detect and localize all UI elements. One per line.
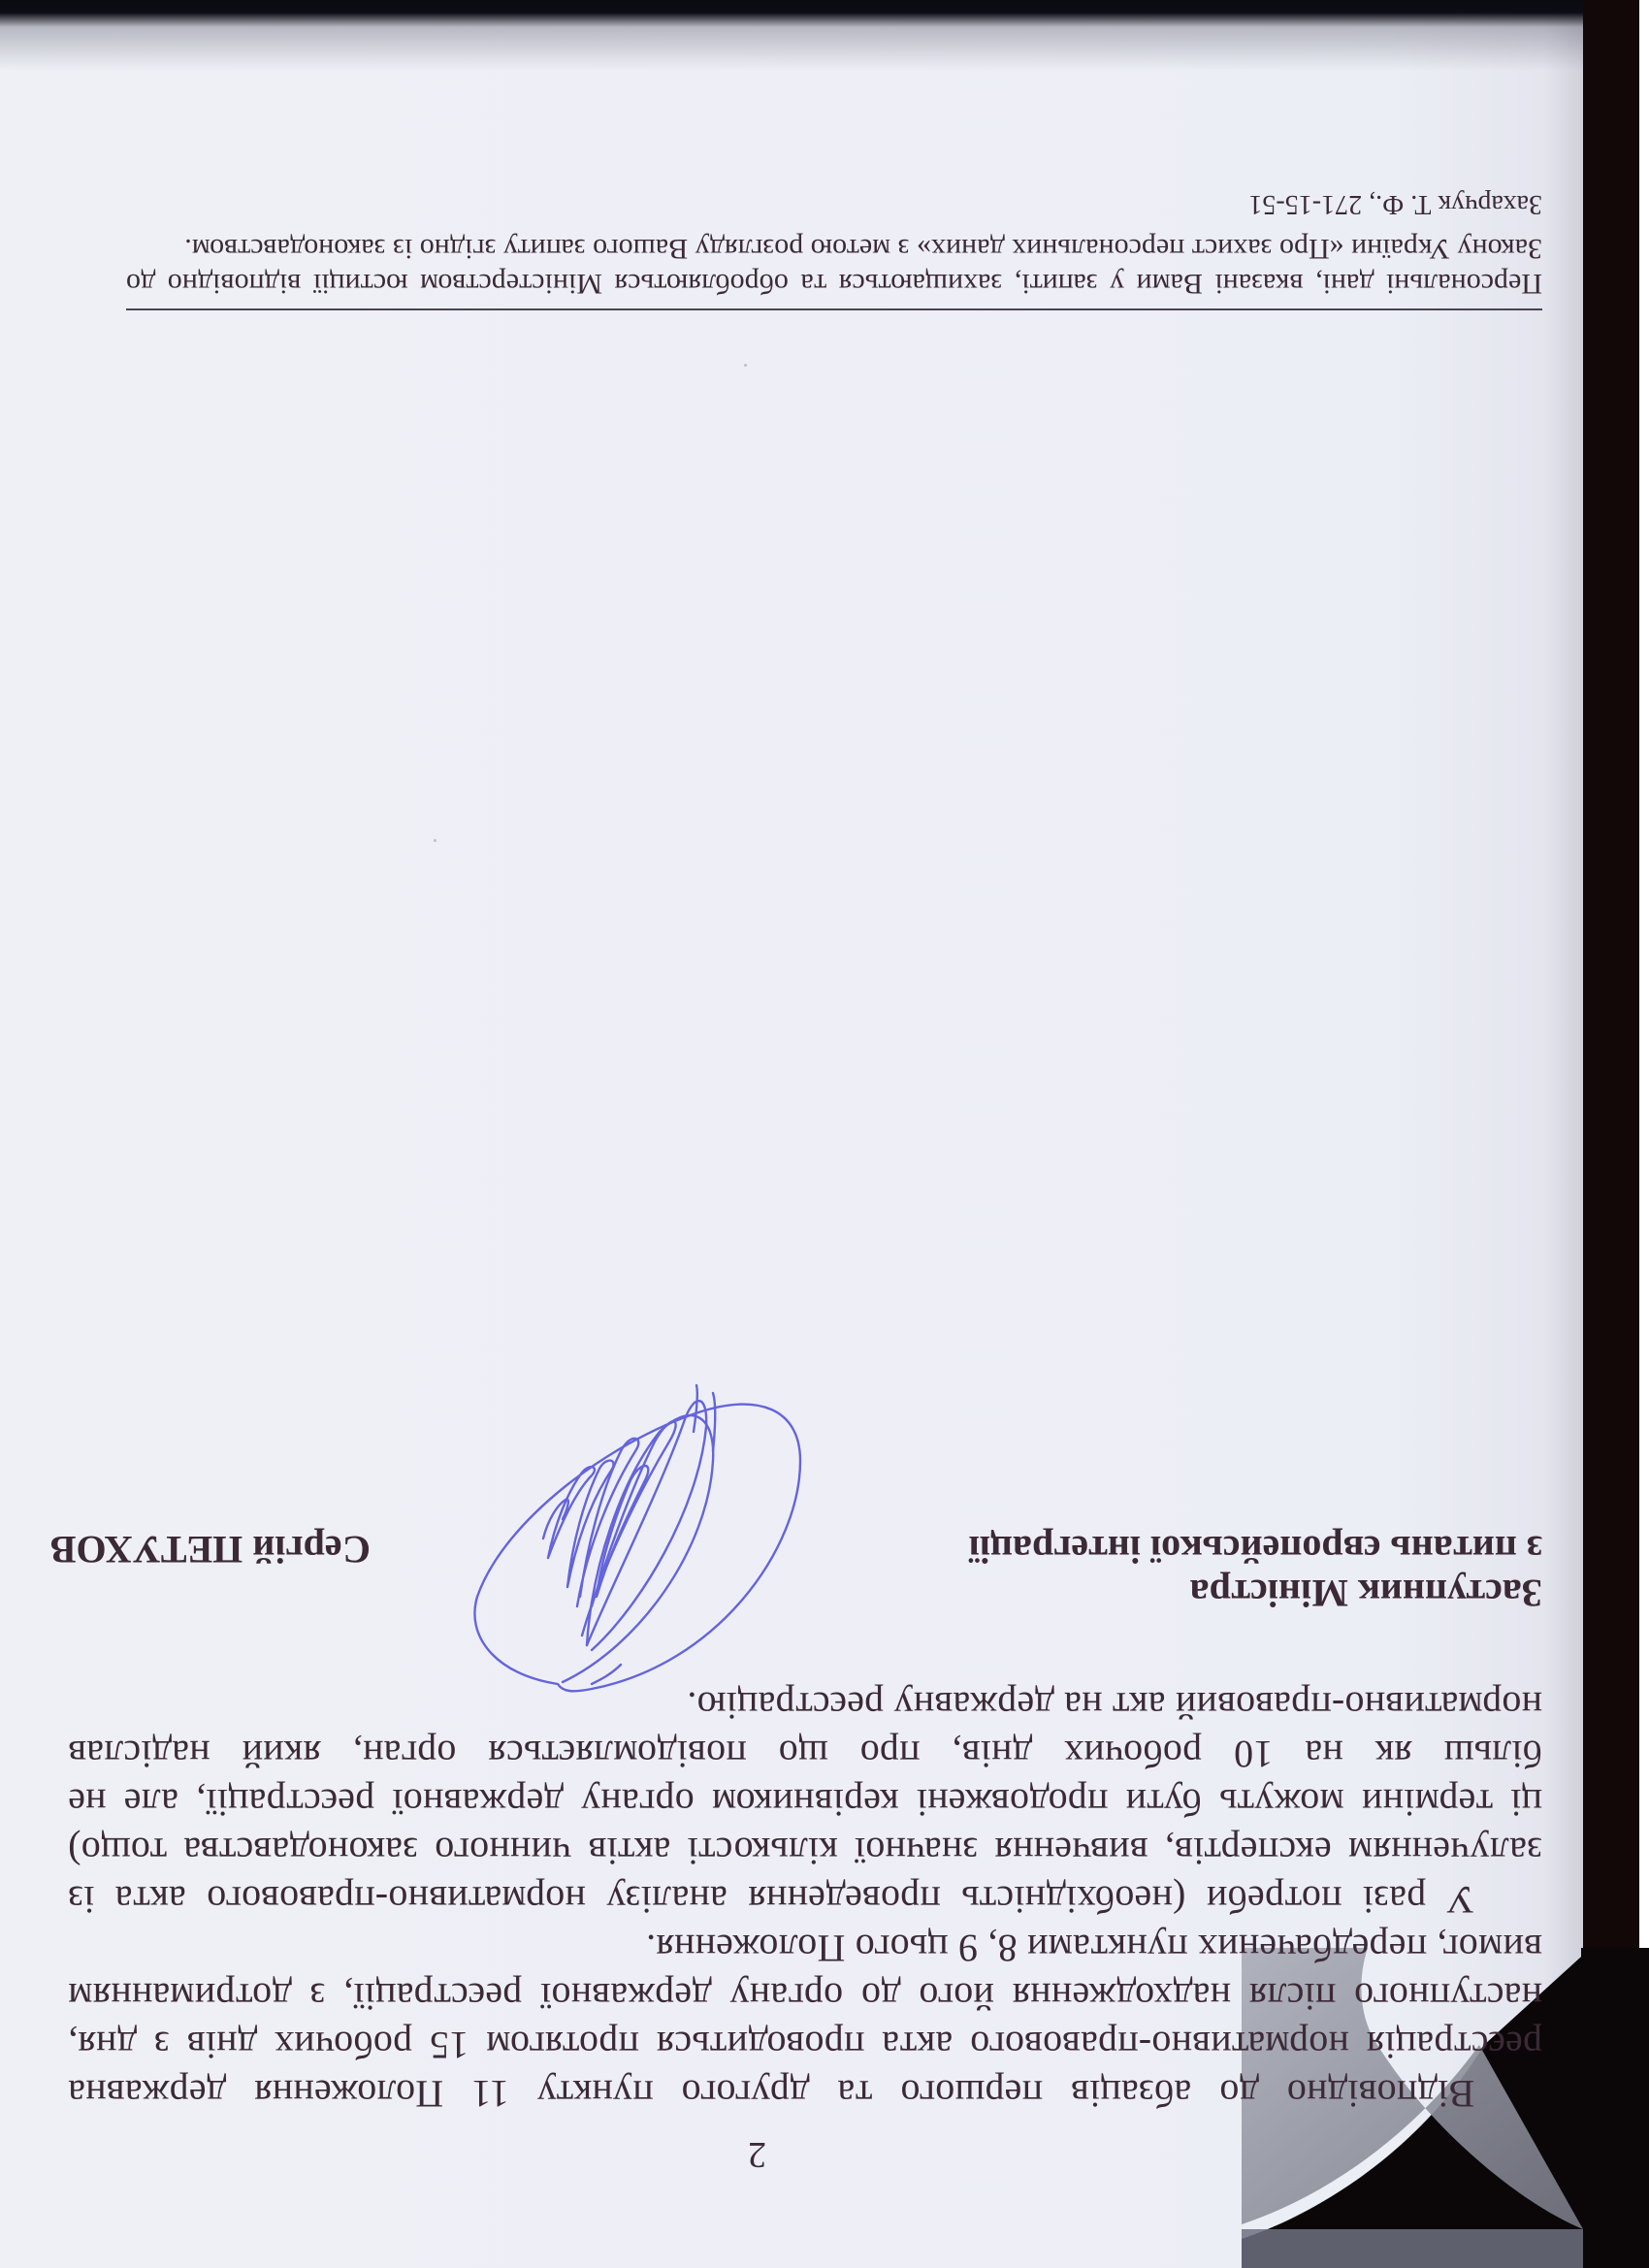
scan-dust [434, 839, 436, 842]
scanned-page: 2 Відповідно до абзаців першого та друго… [0, 0, 1649, 2268]
footnote-line-1: Персональні дані, вказані Вами у запиті,… [126, 266, 1542, 301]
scan-dust [744, 364, 747, 367]
contact-line: Захарчук Т. Ф., 271-15-51 [126, 186, 1542, 221]
page-number: 2 [748, 2133, 766, 2176]
signatory-title-line-2: з питань європейської інтеграції [969, 1527, 1542, 1572]
paragraph-1-line-1: Відповідно до абзаців першого та другого… [68, 2069, 1542, 2118]
paragraph-1-line-2: реєстрація нормативно-правового акта про… [68, 2021, 1542, 2069]
scanner-edge-shadow [0, 0, 1583, 71]
footnote-line-2: Закону України «Про захист персональних … [126, 231, 1542, 266]
signatory-title-line-1: Заступник Міністра [1190, 1571, 1542, 1616]
paragraph-2-line-2: залученням експертів, вивчення значної к… [68, 1827, 1542, 1875]
paragraph-2-line-1: У разі потреби (необхідність проведення … [68, 1875, 1542, 1924]
handwritten-signature [466, 1353, 815, 1707]
signatory-name: Сергій ПЕТУХОВ [50, 1527, 371, 1572]
paragraph-1-line-3: наступного після надходження його до орг… [68, 1972, 1542, 2021]
paragraph-2-line-3: ці терміни можуть бути продовжені керівн… [68, 1778, 1542, 1827]
footnote-divider [126, 308, 1542, 310]
paragraph-2-line-4: більш як на 10 робочих днів, про що пові… [68, 1730, 1542, 1778]
paragraph-1-line-4: вимог, передбачених пунктами 8, 9 цього … [68, 1924, 1542, 1972]
